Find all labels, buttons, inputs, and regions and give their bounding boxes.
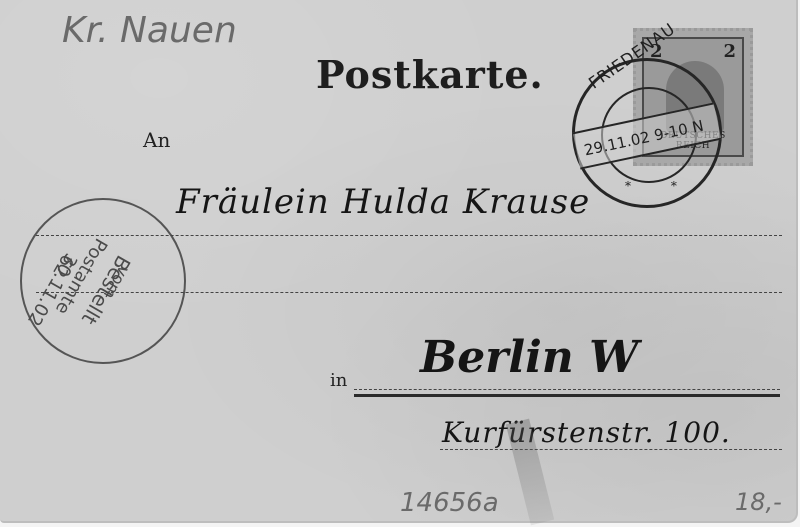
arrival-postmark: Bestellt vom Postamte 62 30.11.02 <box>20 198 186 364</box>
handwritten-recipient: Fräulein Hulda Krause <box>176 182 590 222</box>
price-note: 18,- <box>735 488 782 516</box>
address-line-1 <box>36 235 782 236</box>
departure-postmark: FRIEDENAU 29.11.02 9-10 N * * <box>572 58 722 208</box>
catalog-number: 14656a <box>400 488 499 518</box>
address-line-2 <box>36 292 782 293</box>
postcard: Kr. Nauen Postkarte. An 2 2 DEUTSCHES RE… <box>0 0 798 523</box>
handwritten-city: Berlin W <box>420 332 639 383</box>
label-in: in <box>330 370 347 391</box>
stamp-value-right: 2 <box>723 41 736 62</box>
handwritten-top-note: Kr. Nauen <box>62 10 237 51</box>
postcard-title: Postkarte. <box>316 52 544 97</box>
handwritten-street: Kurfürstenstr. 100. <box>442 416 731 449</box>
address-line-city <box>354 389 780 390</box>
address-line-street <box>440 449 782 450</box>
postmark-stars-icon: * * <box>625 179 695 193</box>
address-line-city-underline <box>354 394 780 397</box>
label-to: An <box>143 128 170 152</box>
